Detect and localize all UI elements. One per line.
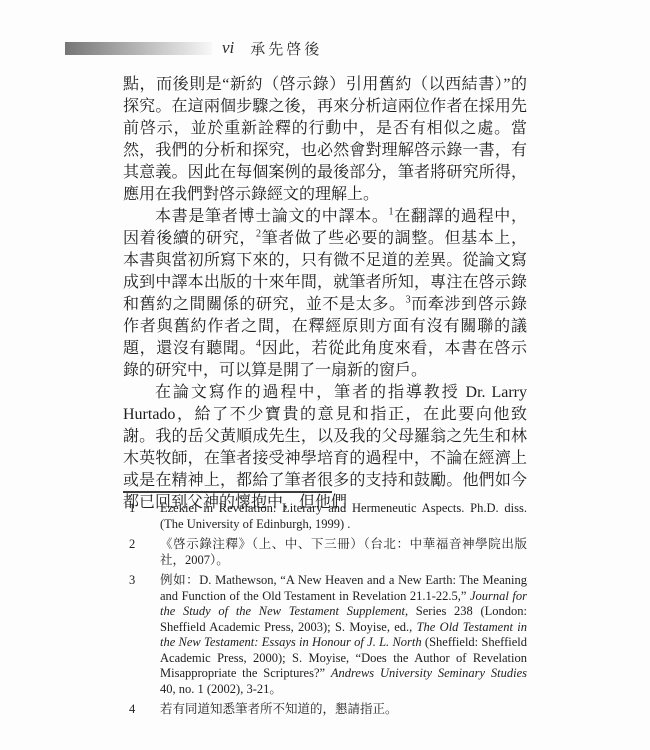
footnote-item: 1Ezekiel in Revelation: Literary and Her… <box>123 501 527 532</box>
book-page: vi 承先啓後 點，而後則是“新約（啓示錄）引用舊約（以西結書）”的探究。在這兩… <box>0 0 650 750</box>
body-paragraph: 本書是筆者博士論文的中譯本。1在翻譯的過程中，因着後續的研究，2筆者做了些必要的… <box>123 206 527 382</box>
footnote-number: 4 <box>123 702 160 718</box>
footnote-text: 例如：D. Mathewson, “A New Heaven and a New… <box>160 573 527 697</box>
footnotes-section: 1Ezekiel in Revelation: Literary and Her… <box>123 491 527 723</box>
footnote-text: Ezekiel in Revelation: Literary and Herm… <box>160 501 527 532</box>
footnote-number: 3 <box>123 573 160 697</box>
text-run: Andrews University Seminary Studies <box>331 666 527 680</box>
text-run: 若有同道知悉筆者所不知道的，懇請指正。 <box>160 702 398 716</box>
running-title: 承先啓後 <box>250 38 322 59</box>
footnote-separator <box>123 491 332 493</box>
footnote-number: 2 <box>123 537 160 568</box>
footnote-item: 3例如：D. Mathewson, “A New Heaven and a Ne… <box>123 573 527 697</box>
text-run: 點，而後則是“新約（啓示錄）引用舊約（以西結書）”的探究。在這兩個步驟之後，再來… <box>123 76 527 203</box>
text-run: Ezekiel in Revelation: Literary and Herm… <box>160 501 527 531</box>
footnote-number: 1 <box>123 501 160 532</box>
header-rule <box>65 42 212 55</box>
footnote-item: 4若有同道知悉筆者所不知道的，懇請指正。 <box>123 702 527 718</box>
footnote-list: 1Ezekiel in Revelation: Literary and Her… <box>123 501 527 718</box>
body-paragraph: 點，而後則是“新約（啓示錄）引用舊約（以西結書）”的探究。在這兩個步驟之後，再來… <box>123 74 527 206</box>
text-run: 本書是筆者博士論文的中譯本。 <box>155 208 389 225</box>
footnote-text: 《啓示錄注釋》（上、中、下三冊）（台北：中華福音神學院出版社，2007）。 <box>160 537 527 568</box>
footnote-text: 若有同道知悉筆者所不知道的，懇請指正。 <box>160 702 527 718</box>
text-run: 《啓示錄注釋》（上、中、下三冊）（台北：中華福音神學院出版社，2007）。 <box>160 537 527 567</box>
body-paragraphs: 點，而後則是“新約（啓示錄）引用舊約（以西結書）”的探究。在這兩個步驟之後，再來… <box>123 74 527 514</box>
footnote-item: 2《啓示錄注釋》（上、中、下三冊）（台北：中華福音神學院出版社，2007）。 <box>123 537 527 568</box>
running-header: vi 承先啓後 <box>65 38 322 58</box>
text-run: 40, no. 1 (2002), 3-21。 <box>160 682 282 696</box>
page-number: vi <box>222 38 234 58</box>
